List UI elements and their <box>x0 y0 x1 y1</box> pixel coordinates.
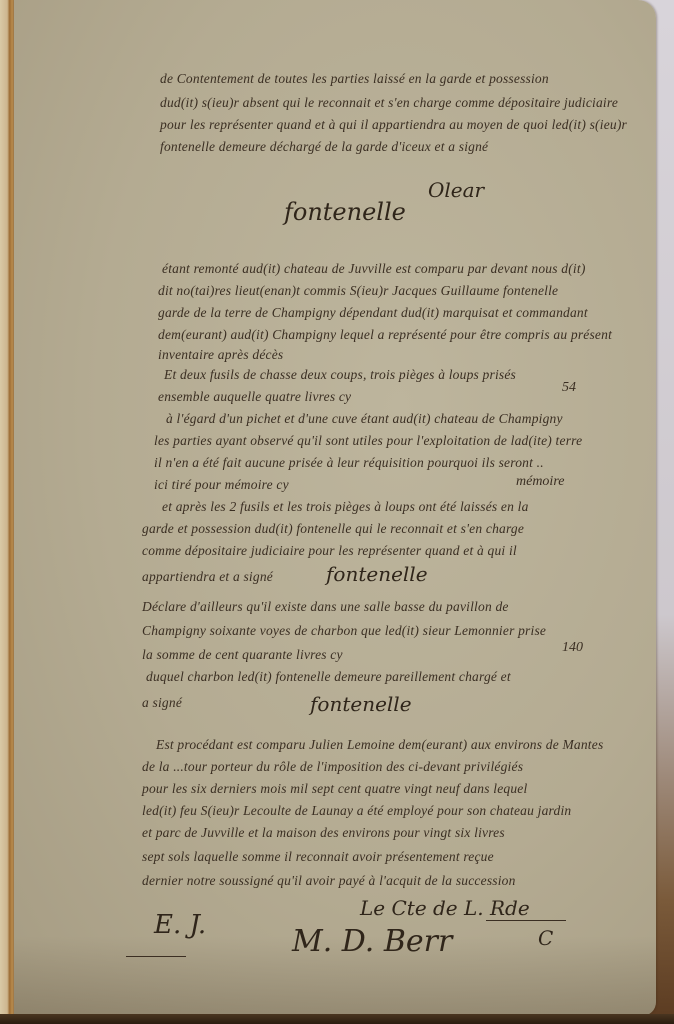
signature-flourish <box>486 920 566 921</box>
text-line: led(it) feu S(ieu)r Lecoulte de Launay a… <box>142 804 571 818</box>
text-line: dernier notre soussigné qu'il avoir payé… <box>142 874 516 888</box>
text-line: fontenelle demeure déchargé de la garde … <box>160 140 488 154</box>
text-line: dud(it) s(ieu)r absent qui le reconnait … <box>160 96 618 110</box>
text-line: comme dépositaire judiciaire pour les re… <box>142 544 517 558</box>
margin-note: Olear <box>428 178 484 202</box>
text-line: Déclare d'ailleurs qu'il existe dans une… <box>142 600 509 614</box>
text-line: garde et possession dud(it) fontenelle q… <box>142 522 524 536</box>
signature-fontenelle: fontenelle <box>326 562 428 586</box>
text-line: de la ...tour porteur du rôle de l'impos… <box>142 760 523 774</box>
signature-fontenelle: fontenelle <box>284 198 406 226</box>
text-line: ici tiré pour mémoire cy <box>154 478 289 492</box>
text-line: Est procédant est comparu Julien Lemoine… <box>156 738 603 752</box>
amount-value: 140 <box>562 640 583 656</box>
signature-title: Le Cte de L. Rde <box>360 896 530 920</box>
text-line: les parties ayant observé qu'il sont uti… <box>154 434 582 448</box>
manuscript-page: de Contentement de toutes les parties la… <box>14 0 656 1016</box>
text-line: dit no(tai)res lieut(enan)t commis S(ieu… <box>158 284 558 298</box>
amount-value: 54 <box>562 380 576 396</box>
text-line: la somme de cent quarante livres cy <box>142 648 343 662</box>
text-line: a signé <box>142 696 182 710</box>
signature-flourish <box>126 956 186 957</box>
text-line: ensemble auquelle quatre livres cy <box>158 390 351 404</box>
text-line: il n'en a été fait aucune prisée à leur … <box>154 456 544 470</box>
text-line: inventaire après décès <box>158 348 283 362</box>
text-line: Et deux fusils de chasse deux coups, tro… <box>164 368 516 382</box>
text-line: Champigny soixante voyes de charbon que … <box>142 624 546 638</box>
signature-fontenelle: fontenelle <box>310 692 412 716</box>
text-line: pour les représenter quand et à qui il a… <box>160 118 627 132</box>
text-line: et parc de Juvville et la maison des env… <box>142 826 505 840</box>
text-line: pour les six derniers mois mil sept cent… <box>142 782 527 796</box>
text-line: sept sols laquelle somme il reconnait av… <box>142 850 494 864</box>
signature-main: M. D. Berr <box>292 924 452 959</box>
text-line: dem(eurant) aud(it) Champigny lequel a r… <box>158 328 612 342</box>
text-line: duquel charbon led(it) fontenelle demeur… <box>146 670 511 684</box>
signature-initials: E. J. <box>154 910 206 940</box>
text-line: garde de la terre de Champigny dépendant… <box>158 306 588 320</box>
page-bottom-edge <box>0 1014 674 1024</box>
text-line: de Contentement de toutes les parties la… <box>160 72 549 86</box>
text-line: et après les 2 fusils et les trois piège… <box>162 500 529 514</box>
signature-mark: C <box>538 926 553 950</box>
amount-value: mémoire <box>516 474 564 490</box>
text-line: à l'égard d'un pichet et d'une cuve étan… <box>166 412 563 426</box>
text-line: appartiendra et a signé <box>142 570 273 584</box>
text-line: étant remonté aud(it) chateau de Juvvill… <box>162 262 586 276</box>
